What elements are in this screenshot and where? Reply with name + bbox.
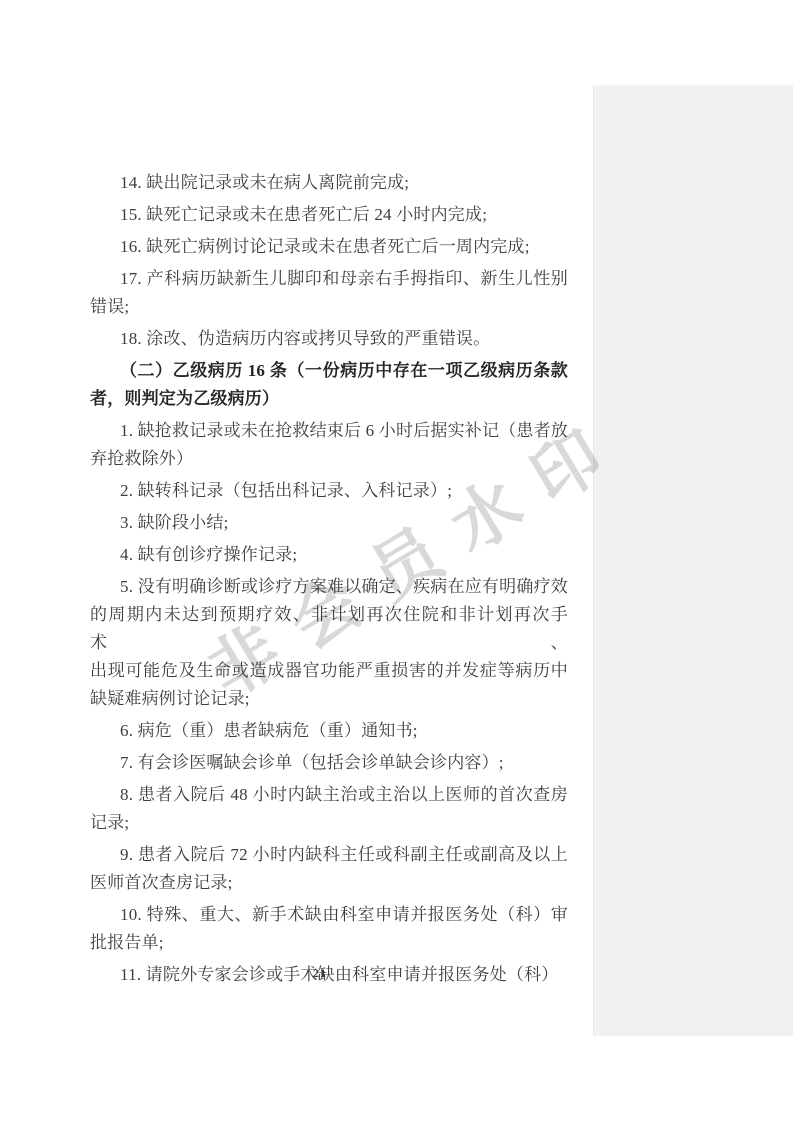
scanned-document-page: 非会员水印 14. 缺出院记录或未在病人离院前完成;15. 缺死亡记录或未在患者… — [0, 0, 793, 1122]
right-gray-panel — [593, 85, 793, 1036]
text-line: 14. 缺出院记录或未在病人离院前完成; — [90, 169, 568, 197]
document-text: 14. 缺出院记录或未在病人离院前完成;15. 缺死亡记录或未在患者死亡后 24… — [90, 165, 568, 989]
text-line: 的周期内未达到预期疗效、非计划再次住院和非计划再次手术、 — [90, 601, 568, 657]
text-line: 4. 缺有创诊疗操作记录; — [90, 541, 568, 569]
page-number: 21 — [90, 966, 550, 981]
text-line: 17. 产科病历缺新生儿脚印和母亲右手拇指印、新生儿性别 — [90, 265, 568, 293]
text-line: 记录; — [90, 809, 568, 837]
text-line: 出现可能危及生命或造成器官功能严重损害的并发症等病历中 — [90, 657, 568, 685]
text-line: 3. 缺阶段小结; — [90, 509, 568, 537]
text-line: 错误; — [90, 293, 568, 321]
text-line: 医师首次查房记录; — [90, 869, 568, 897]
text-line: 8. 患者入院后 48 小时内缺主治或主治以上医师的首次查房 — [90, 781, 568, 809]
text-line: 1. 缺抢救记录或未在抢救结束后 6 小时后据实补记（患者放 — [90, 417, 568, 445]
text-line: 18. 涂改、伪造病历内容或拷贝导致的严重错误。 — [90, 325, 568, 353]
text-line: 弃抢救除外） — [90, 445, 568, 473]
heading-line: 者，则判定为乙级病历） — [90, 385, 568, 413]
text-line: 6. 病危（重）患者缺病危（重）通知书; — [90, 717, 568, 745]
text-line: 15. 缺死亡记录或未在患者死亡后 24 小时内完成; — [90, 201, 568, 229]
heading-line: （二）乙级病历 16 条（一份病历中存在一项乙级病历条款 — [90, 357, 568, 385]
text-line: 2. 缺转科记录（包括出科记录、入科记录）; — [90, 477, 568, 505]
text-line: 5. 没有明确诊断或诊疗方案难以确定、疾病在应有明确疗效 — [90, 573, 568, 601]
text-line: 10. 特殊、重大、新手术缺由科室申请并报医务处（科）审 — [90, 901, 568, 929]
text-line: 7. 有会诊医嘱缺会诊单（包括会诊单缺会诊内容）; — [90, 749, 568, 777]
text-line: 16. 缺死亡病例讨论记录或未在患者死亡后一周内完成; — [90, 233, 568, 261]
text-line: 缺疑难病例讨论记录; — [90, 685, 568, 713]
text-line: 9. 患者入院后 72 小时内缺科主任或科副主任或副高及以上 — [90, 841, 568, 869]
text-line: 批报告单; — [90, 929, 568, 957]
